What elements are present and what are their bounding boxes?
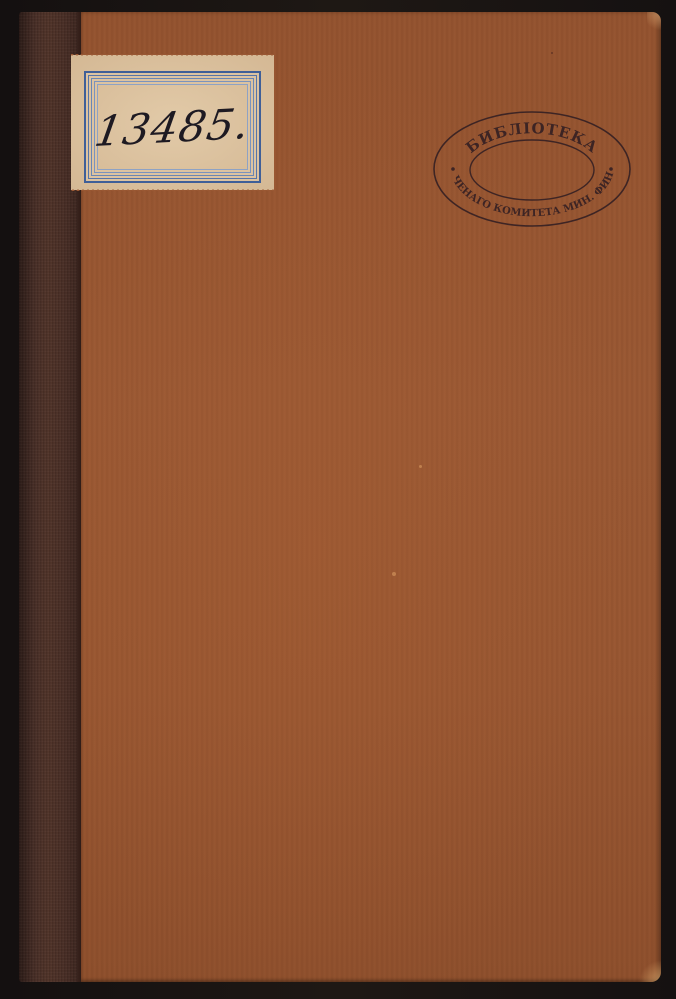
shelf-label: 13485. <box>71 55 274 190</box>
cover-speck <box>419 465 422 468</box>
cover-speck <box>551 52 553 54</box>
shelf-number: 13485. <box>74 66 271 187</box>
library-stamp: БИБЛIОТЕКА УЧЕНАГО КОМИТЕТА МИН. ФИН. <box>431 108 632 228</box>
corner-wear-top-right <box>647 12 661 34</box>
cover-speck <box>392 572 396 576</box>
corner-wear-bottom-right <box>639 960 661 982</box>
